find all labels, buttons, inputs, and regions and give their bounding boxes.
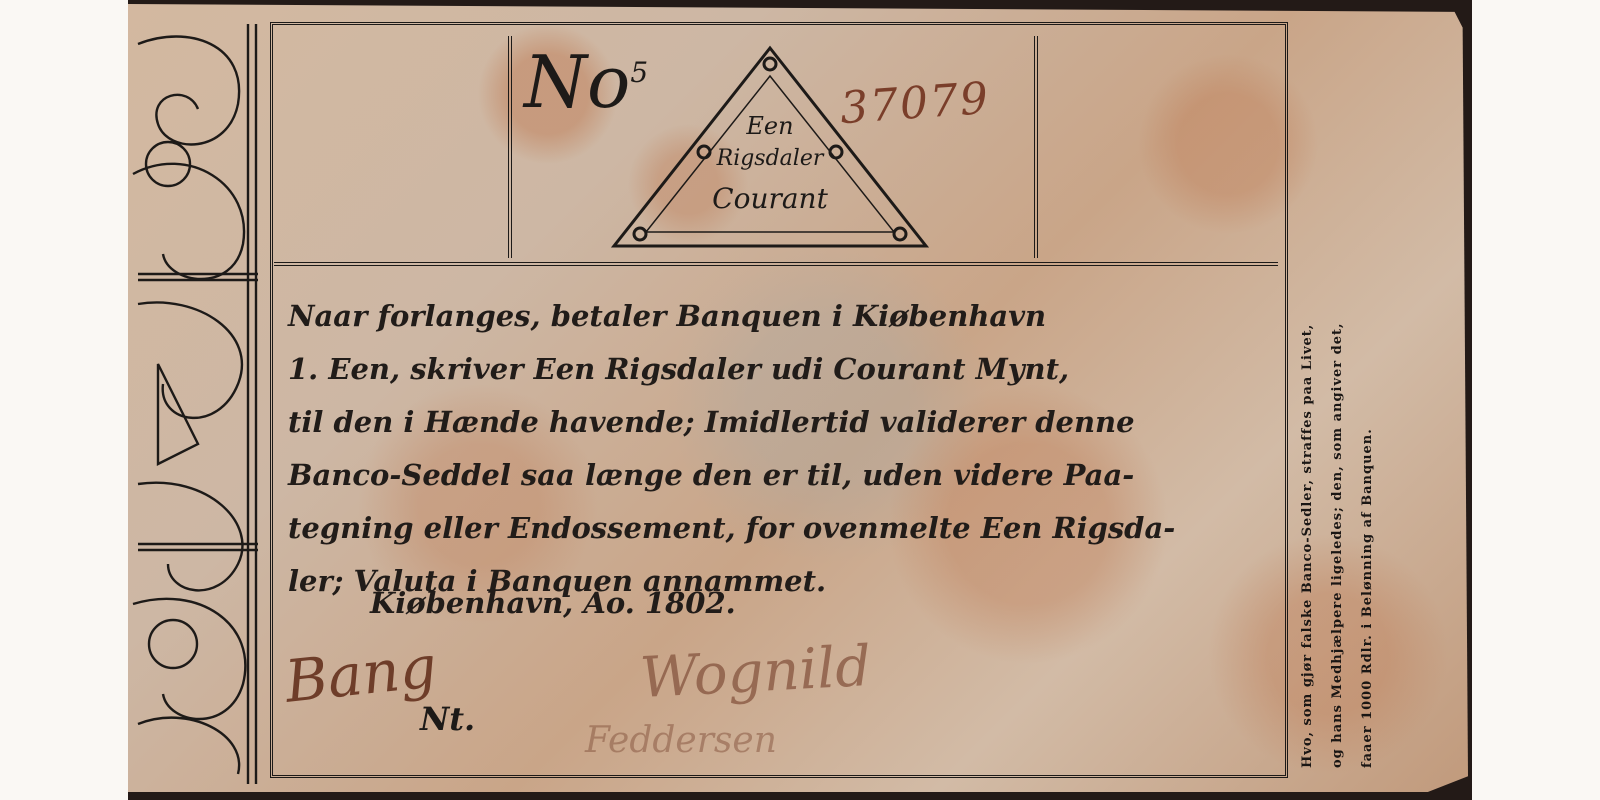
text-line: Naar forlanges, betaler Banquen i Kiøben…: [288, 290, 1268, 343]
denomination-line-2: Rigsdaler: [608, 146, 932, 171]
side-text-column: Hvo, som gjør falske Banco-Sedler, straf…: [1300, 68, 1315, 768]
side-text-column: og hans Medhjælpere ligeledes; den, som …: [1330, 68, 1345, 768]
registered-mark: Nt.: [420, 700, 475, 738]
text-line: til den i Hænde havende; Imidlertid vali…: [288, 396, 1268, 449]
denomination-line-1: Een: [608, 112, 932, 140]
promise-text: Naar forlanges, betaler Banquen i Kiøben…: [288, 290, 1268, 608]
signature: Wognild: [638, 634, 872, 711]
text-line: tegning eller Endossement, for ovenmelte…: [288, 502, 1268, 555]
side-text-column: faaer 1000 Rdlr. i Belønning af Banquen.: [1360, 68, 1375, 768]
panel-divider: [1034, 36, 1038, 258]
denomination-line-3: Courant: [608, 182, 932, 215]
text-line: Banco-Seddel saa længe den er til, uden …: [288, 449, 1268, 502]
text-line: 1. Een, skriver Een Rigsdaler udi Couran…: [288, 343, 1268, 396]
panel-divider: [508, 36, 512, 258]
signature: Feddersen: [585, 720, 777, 761]
side-warning-strip: Hvo, som gjør falske Banco-Sedler, straf…: [1286, 28, 1436, 768]
acanthus-ornament-border: [128, 4, 268, 792]
place-date: Kiøbenhavn, Ao. 1802.: [370, 586, 736, 620]
